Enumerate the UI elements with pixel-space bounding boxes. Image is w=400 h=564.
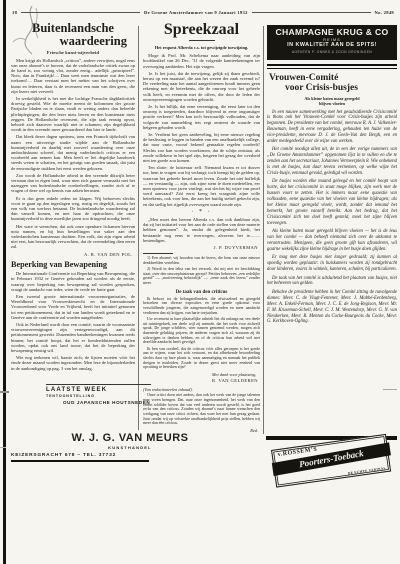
- masthead: De Groene Amsterdammer van 9 Januari 193…: [144, 10, 248, 15]
- paragraph: Het comité noodigt allen uit, de in een …: [267, 147, 397, 177]
- section-title-spreekzaal: Spreekzaal: [143, 22, 260, 38]
- paragraph: Ten slotte: de luisteraar zelf. Niemand …: [143, 165, 260, 207]
- title-line: Vrouwen-Comité: [267, 73, 397, 83]
- footnote-rule: [143, 253, 173, 254]
- notice-line: LAATSTE WEEK: [11, 387, 151, 393]
- paragraph: Uw recensent in hare plaatselijke rubrie…: [143, 317, 260, 345]
- letter-title-taak-van-den-criticus: De taak van den criticus: [143, 290, 260, 295]
- divider: [46, 384, 151, 385]
- paragraph: 1e. Is het juist, dat de toewijzing, gel…: [143, 71, 260, 102]
- paragraph: In een nauwe samenwerking met het gesubs…: [267, 110, 397, 145]
- paragraph: De Internationale Conferentie tot Beperk…: [11, 271, 135, 292]
- header-rule-right: [252, 12, 371, 13]
- footnote: 1) Een abonné; wij hoorden van de lezers…: [143, 256, 260, 265]
- middle-column: Spreekzaal Het request Alberda c.s. tot …: [143, 22, 260, 500]
- paragraph: Een tweetal groote internationale vrouwe…: [11, 294, 135, 320]
- closing-line: Met dank voor plaatsing,: [143, 372, 256, 377]
- van-rossem-ad-frame: v.ROSSEM’S Poorters-Toeback DE ECHTE VAR…: [271, 434, 391, 488]
- column-rule: [263, 26, 264, 434]
- ad-address-line: KEIZERSGRACHT 678 – TEL. 37732: [11, 453, 149, 458]
- paragraph: Als kleine baten maar geregeld blijven v…: [267, 229, 397, 253]
- scan-mark: [0, 447, 6, 448]
- ad-agent-line: AGENTEN P. ONNES & ZOON GRONINGEN: [267, 50, 397, 54]
- editorial-reply: Onze critici doen niet anders, dan ook h…: [143, 393, 260, 426]
- champagne-krug-ad: CHAMPAGNE KRUG & CO REIMS IN KWALITEIT A…: [267, 25, 397, 60]
- paragraph: 2e. Is het billijk, dat eene vereeniging…: [143, 104, 260, 130]
- subtitle-line: blijven vloeien: [319, 101, 345, 106]
- paragraph: Behalve de presidente hebben in het Comi…: [267, 290, 397, 325]
- author-signature: R. VAN GELDEREN: [143, 378, 258, 383]
- article-subtitle: Friesche kunst-nijverheid: [11, 50, 135, 55]
- quote-paragraph: „Men moet den heeren Alberda c.s. dan oo…: [143, 217, 260, 243]
- paragraph: De taak van het comité is uitsluitend he…: [267, 276, 397, 288]
- ad-brand-line: W. J. G. VAN MEURS: [11, 432, 209, 444]
- left-column: Buitenlandsche waardeering Friesche kuns…: [11, 22, 135, 384]
- paragraph: Dat bleek dezer dagen opnieuw, toen een …: [11, 134, 135, 170]
- title-line: waardeering: [11, 35, 135, 48]
- paragraph: Het ware te wenschen, dat ook onze openb…: [11, 224, 135, 250]
- article-subtitle: Als kleine baten maar geregeld blijven v…: [267, 96, 397, 106]
- divider: [189, 40, 215, 41]
- paragraph: Ik ben van oordeel, dat de criticus vóór…: [143, 347, 260, 371]
- author-signature: J. P. DUYVERMAN: [143, 245, 258, 250]
- exhibition-notice: LAATSTE WEEK TENTOONSTELLING OUD JAPANSC…: [11, 384, 151, 405]
- notice-line: OUD JAPANSCHE HOUTSNEDEN: [11, 400, 151, 405]
- notice-line: TENTOONSTELLING: [11, 394, 151, 398]
- paragraph: Ik behoor tot de belangstellenden, die a…: [143, 297, 260, 316]
- article-title-beperking-van-bewapening: Beperking van Bewapening: [11, 260, 135, 269]
- paragraph: Er mag met deze busjes niet langer gedra…: [267, 255, 397, 273]
- paragraph: 3e. Verdient het geen aanbeveling, bij e…: [143, 132, 260, 163]
- paragraph: Er is dus geen enkele reden tot klagen. …: [11, 196, 135, 222]
- header-rule-left: [21, 12, 140, 13]
- paragraph: Ook in Nederland wordt door een comité, …: [11, 322, 135, 353]
- page-number: 18: [12, 10, 17, 15]
- paragraph: Moge ik Prof. Mr. Scheltema naar aanleid…: [143, 53, 260, 69]
- article-title-vrouwen-comite: Vrouwen-Comité voor Crisis-busjes: [267, 73, 397, 93]
- ad-subtitle-line: KUNSTHANDEL: [11, 445, 209, 450]
- newspaper-page: 18 De Groene Amsterdammer van 9 Januari …: [0, 0, 400, 564]
- paragraph: Wie nog teekenen wil, haaste zich; de li…: [11, 355, 135, 371]
- title-line: Buitenlandsche: [11, 22, 135, 35]
- letter-subject: Het request Alberda c.s. tot gewijzigde …: [151, 45, 252, 50]
- paragraph: In werkelijkheid is het met die luchtige…: [11, 96, 135, 132]
- paragraph: Zoo wordt de Hollandsche arbeid in den v…: [11, 173, 135, 194]
- title-line: voor Crisis-busjes: [267, 83, 397, 93]
- ad-tagline: DE ECHTE VARINAS: [348, 466, 386, 475]
- ad-slogan-line: IN KWALITEIT AAN DE SPITS!: [267, 42, 397, 49]
- editorial-note-label: (Van redactioneelen inhoud).: [143, 387, 260, 392]
- thick-rule: [11, 460, 149, 463]
- paragraph: Men krijgt als Hollandsch „criticus”, an…: [11, 58, 135, 94]
- van-rossem-ad: v.ROSSEM’S Poorters-Toeback DE ECHTE VAR…: [267, 442, 395, 500]
- column-rule: [138, 26, 139, 430]
- article-title-buitenlandsche-waardeering: Buitenlandsche waardeering: [11, 22, 135, 47]
- scan-mark: [0, 391, 9, 393]
- footnote: 2) Wordt in den tekst van het verzoek, d…: [143, 267, 260, 286]
- author-signature: A. R. VAN DEN POL.: [11, 252, 133, 257]
- page-header: 18 De Groene Amsterdammer van 9 Januari …: [12, 10, 394, 15]
- double-rule: [267, 64, 397, 69]
- paragraph: De busjes worden elke maand geleegd en h…: [267, 179, 397, 226]
- issue-number: No. 2849: [375, 10, 395, 15]
- asterism-divider: · * ·: [143, 209, 260, 215]
- right-column: Vrouwen-Comité voor Crisis-busjes Als kl…: [267, 73, 397, 431]
- van-meurs-ad: W. J. G. VAN MEURS KUNSTHANDEL KEIZERSGR…: [11, 432, 209, 462]
- ad-brand-line: CHAMPAGNE KRUG & CO: [267, 28, 397, 37]
